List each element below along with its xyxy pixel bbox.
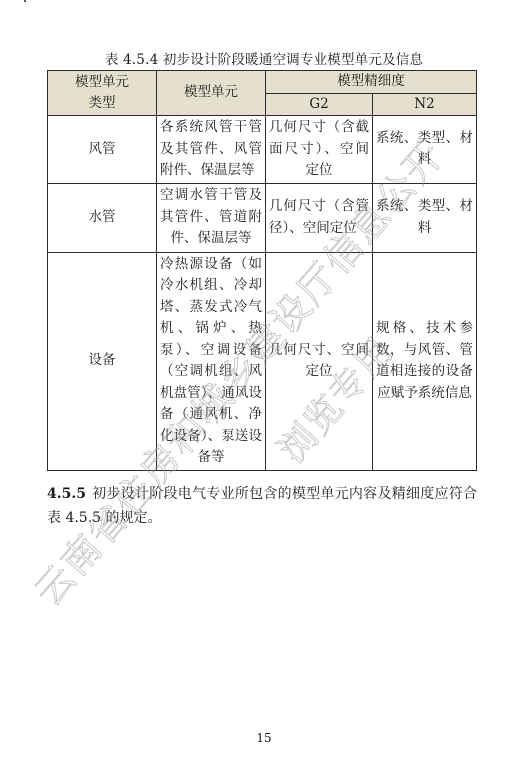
header-model-unit-type-line1: 模型单元	[51, 72, 153, 94]
header-model-unit: 模型单元	[157, 71, 266, 116]
table-row: 风管 各系统风管干管及其管件、风管附件、保温层等 几何尺寸（含截面尺寸）、空间定…	[48, 116, 477, 184]
cell-type: 风管	[48, 116, 157, 184]
clause-paragraph: 4.5.5初步设计阶段电气专业所包含的模型单元内容及精细度应符合表 4.5.5 …	[47, 482, 477, 530]
table-row: 水管 空调水管干管及其管件、管道附件、保温层等 几何尺寸（含管径）、空间定位 系…	[48, 183, 477, 252]
table-row: 设备 冷热源设备（如冷水机组、冷却塔、蒸发式冷气机、锅炉、热泵）、空调设备（空调…	[48, 252, 477, 470]
corner-mark	[24, 0, 26, 2]
clause-number: 4.5.5	[47, 486, 86, 502]
cell-n2: 系统、类型、材料	[373, 183, 477, 252]
header-model-precision: 模型精细度	[266, 71, 477, 94]
cell-n2: 系统、类型、材料	[373, 116, 477, 184]
cell-unit: 冷热源设备（如冷水机组、冷却塔、蒸发式冷气机、锅炉、热泵）、空调设备（空调机组、…	[157, 252, 266, 470]
cell-g2: 几何尺寸（含截面尺寸）、空间定位	[266, 116, 373, 184]
cell-type: 设备	[48, 252, 157, 470]
header-model-unit-type: 模型单元 类型	[48, 71, 157, 116]
model-unit-table: 模型单元 类型 模型单元 模型精细度 G2 N2 风管 各系统风管干管及其管件、…	[47, 70, 477, 471]
header-n2: N2	[373, 93, 477, 116]
page-number: 15	[0, 731, 528, 745]
table-caption: 表 4.5.4 初步设计阶段暖通空调专业模型单元及信息	[0, 48, 528, 68]
cell-n2: 规格、技术参数，与风管、管道相连接的设备应赋予系统信息	[373, 252, 477, 470]
header-g2: G2	[266, 93, 373, 116]
header-model-unit-type-line2: 类型	[51, 93, 153, 115]
cell-unit: 空调水管干管及其管件、管道附件、保温层等	[157, 183, 266, 252]
clause-text: 初步设计阶段电气专业所包含的模型单元内容及精细度应符合表 4.5.5 的规定。	[47, 486, 477, 526]
cell-g2: 几何尺寸（含管径）、空间定位	[266, 183, 373, 252]
cell-type: 水管	[48, 183, 157, 252]
cell-g2: 几何尺寸、空间定位	[266, 252, 373, 470]
cell-unit: 各系统风管干管及其管件、风管附件、保温层等	[157, 116, 266, 184]
